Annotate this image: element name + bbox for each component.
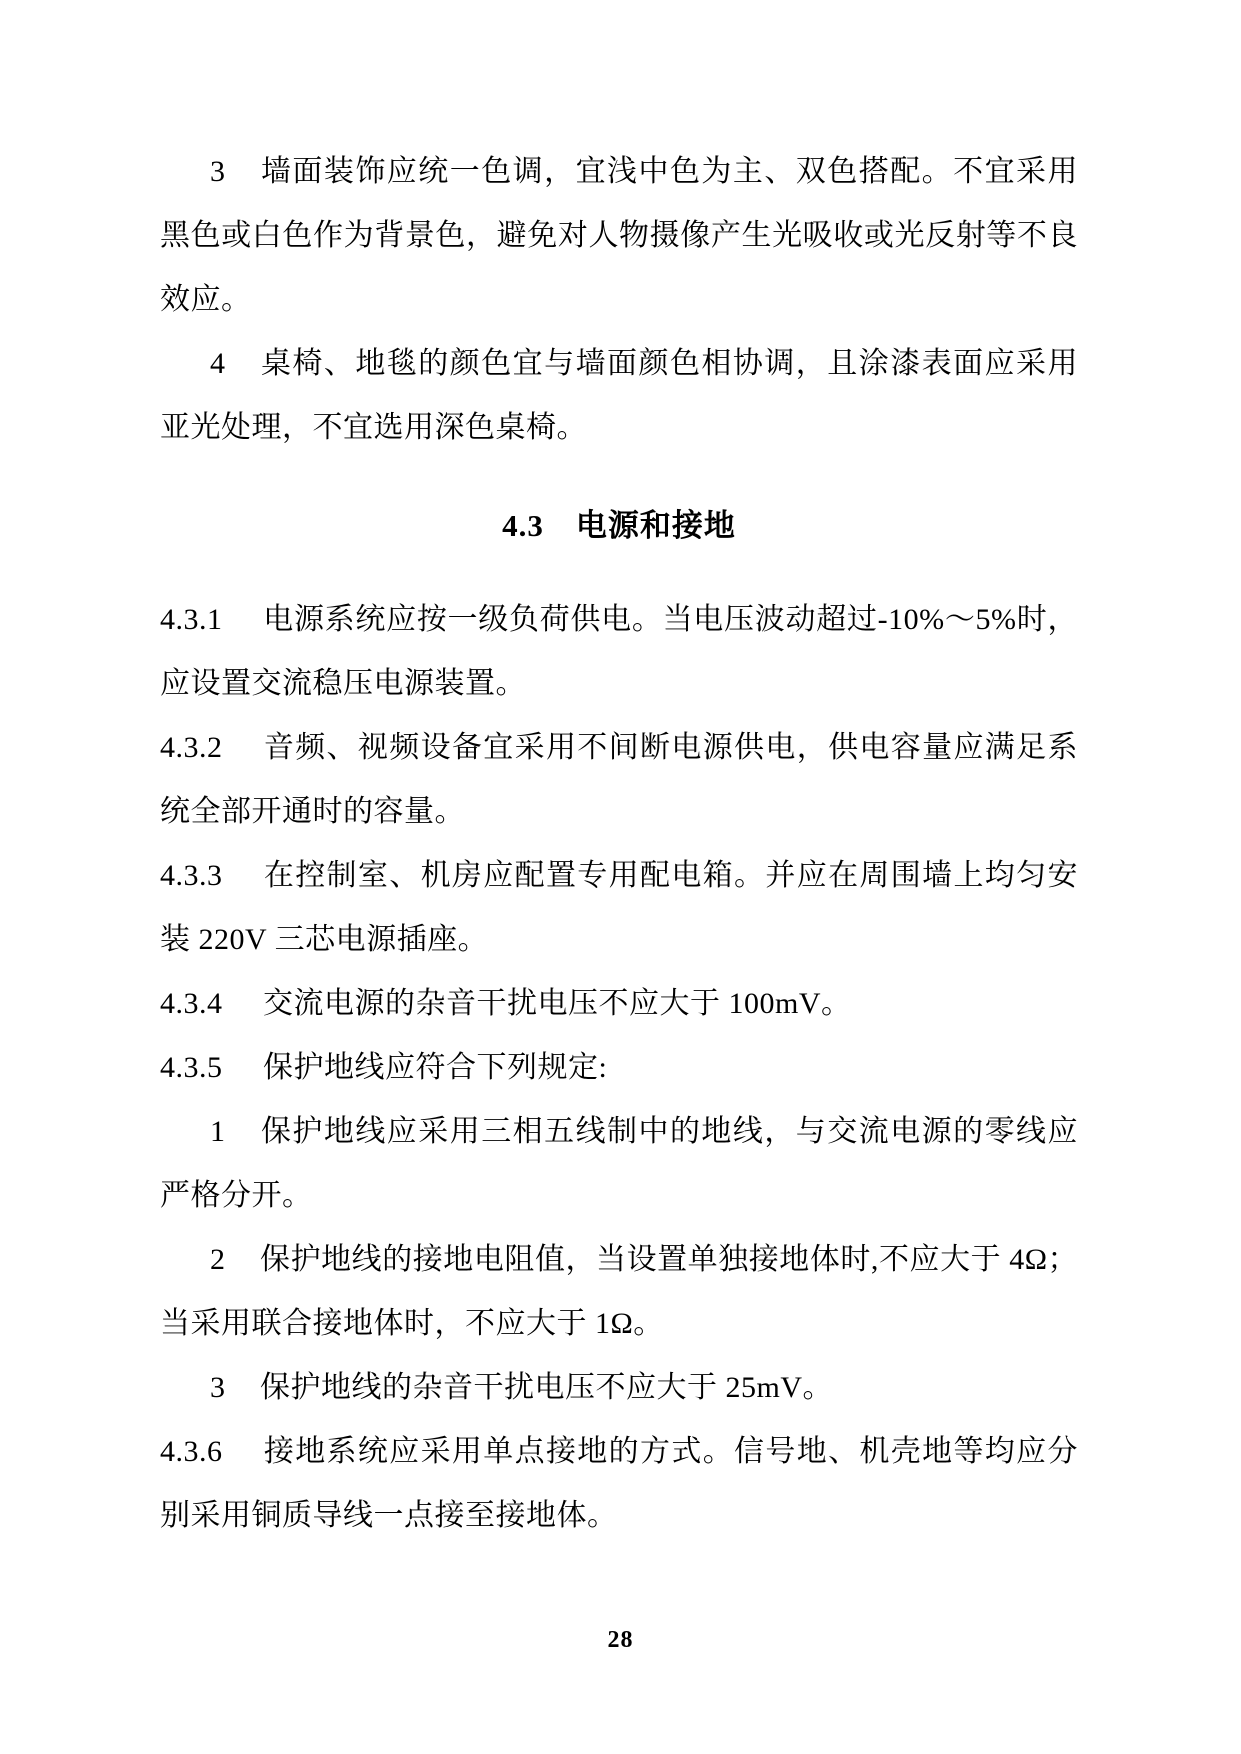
clause-paragraph: 4.3.2音频、视频设备宜采用不间断电源供电，供电容量应满足系统全部开通时的容量…: [160, 716, 1078, 844]
page-number: 28: [608, 1627, 634, 1653]
item-number: 2: [210, 1228, 260, 1292]
item-number: 4: [210, 332, 260, 396]
item-text: 保护地线应采用三相五线制中的地线，与交流电源的零线应严格分开。: [160, 1115, 1078, 1212]
item-text: 保护地线的接地电阻值，当设置单独接地体时,不应大于 4Ω；当采用联合接地体时，不…: [160, 1243, 1078, 1340]
clause-number: 4.3.2: [160, 716, 263, 780]
clause-paragraph: 4.3.5保护地线应符合下列规定:: [160, 1036, 1078, 1100]
item-number: 3: [210, 140, 260, 204]
item-number: 3: [210, 1356, 260, 1420]
clause-text: 电源系统应按一级负荷供电。当电压波动超过-10%～5%时，应设置交流稳压电源装置…: [160, 603, 1078, 700]
clause-paragraph: 4.3.1电源系统应按一级负荷供电。当电压波动超过-10%～5%时，应设置交流稳…: [160, 588, 1078, 716]
text-content: 3墙面装饰应统一色调，宜浅中色为主、双色搭配。不宜采用黑色或白色作为背景色，避免…: [160, 140, 1078, 1548]
document-page: 3墙面装饰应统一色调，宜浅中色为主、双色搭配。不宜采用黑色或白色作为背景色，避免…: [0, 0, 1241, 1754]
clause-text: 接地系统应采用单点接地的方式。信号地、机壳地等均应分别采用铜质导线一点接至接地体…: [160, 1435, 1078, 1532]
clause-paragraph: 4.3.3在控制室、机房应配置专用配电箱。并应在周围墙上均匀安装 220V 三芯…: [160, 844, 1078, 972]
item-text: 墙面装饰应统一色调，宜浅中色为主、双色搭配。不宜采用黑色或白色作为背景色，避免对…: [160, 155, 1078, 316]
item-number: 1: [210, 1100, 260, 1164]
list-item: 2保护地线的接地电阻值，当设置单独接地体时,不应大于 4Ω；当采用联合接地体时，…: [160, 1228, 1078, 1356]
clause-number: 4.3.1: [160, 588, 263, 652]
section-number: 4.3: [502, 494, 544, 558]
item-text: 保护地线的杂音干扰电压不应大于 25mV。: [260, 1371, 833, 1404]
clause-number: 4.3.3: [160, 844, 263, 908]
clause-paragraph: 4.3.4交流电源的杂音干扰电压不应大于 100mV。: [160, 972, 1078, 1036]
clause-text: 交流电源的杂音干扰电压不应大于 100mV。: [263, 987, 852, 1020]
list-item: 3保护地线的杂音干扰电压不应大于 25mV。: [160, 1356, 1078, 1420]
item-text: 桌椅、地毯的颜色宜与墙面颜色相协调，且涂漆表面应采用亚光处理，不宜选用深色桌椅。: [160, 347, 1078, 444]
page-footer: 28: [0, 1627, 1241, 1654]
clause-number: 4.3.5: [160, 1036, 263, 1100]
section-title: 电源和接地: [576, 508, 736, 543]
clause-paragraph: 4.3.6接地系统应采用单点接地的方式。信号地、机壳地等均应分别采用铜质导线一点…: [160, 1420, 1078, 1548]
clause-text: 在控制室、机房应配置专用配电箱。并应在周围墙上均匀安装 220V 三芯电源插座。: [160, 859, 1078, 956]
clause-text: 音频、视频设备宜采用不间断电源供电，供电容量应满足系统全部开通时的容量。: [160, 731, 1078, 828]
clause-number: 4.3.4: [160, 972, 263, 1036]
list-item: 1保护地线应采用三相五线制中的地线，与交流电源的零线应严格分开。: [160, 1100, 1078, 1228]
clause-number: 4.3.6: [160, 1420, 263, 1484]
list-item: 3墙面装饰应统一色调，宜浅中色为主、双色搭配。不宜采用黑色或白色作为背景色，避免…: [160, 140, 1078, 332]
list-item: 4桌椅、地毯的颜色宜与墙面颜色相协调，且涂漆表面应采用亚光处理，不宜选用深色桌椅…: [160, 332, 1078, 460]
section-heading: 4.3电源和接地: [160, 494, 1078, 558]
clause-text: 保护地线应符合下列规定:: [263, 1051, 607, 1084]
